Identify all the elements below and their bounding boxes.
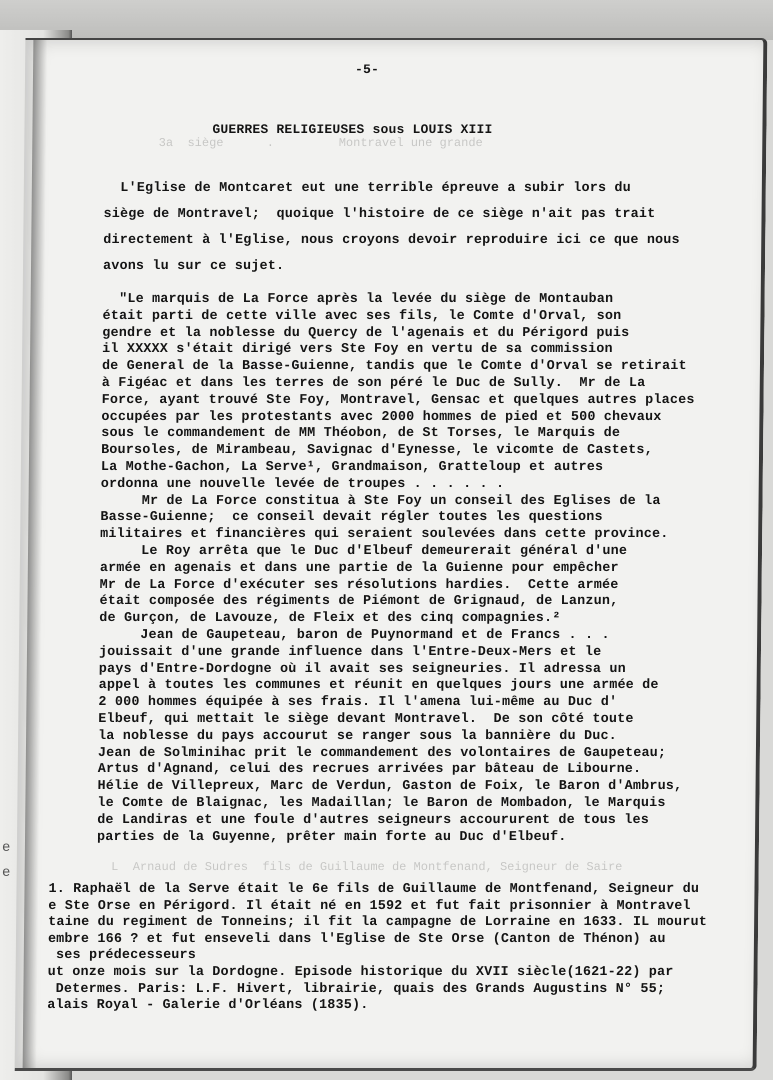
- facing-page-fragment: e: [2, 865, 10, 881]
- text-line: 1. Raphaël de la Serve était le 6e fils …: [48, 882, 748, 899]
- text-line: ut onze mois sur la Dordogne. Episode hi…: [48, 965, 748, 982]
- footnote-2: ut onze mois sur la Dordogne. Episode hi…: [47, 965, 748, 1015]
- text-line: appel à toutes les communes et réunit en…: [99, 678, 739, 695]
- page-fold-shadow: [23, 40, 48, 1068]
- text-line: e Ste Orse en Périgord. Il était né en 1…: [48, 899, 748, 916]
- text-line: Jean de Solminihac prit le commandement …: [98, 746, 738, 763]
- quote-paragraph: Mr de La Force constitua à Ste Foy un co…: [100, 494, 741, 544]
- text-line: alais Royal - Galerie d'Orléans (1835).: [47, 998, 747, 1015]
- text-line: ses prédecesseurs: [48, 948, 748, 965]
- text-line: avons lu sur ce sujet.: [103, 254, 743, 280]
- text-line: la noblesse du pays accourut se ranger s…: [98, 729, 738, 746]
- intro-paragraph: L'Eglise de Montcaret eut une terrible é…: [103, 176, 744, 280]
- text-line: Elbeuf, qui mettait le siège devant Mont…: [98, 712, 738, 729]
- text-line: Artus d'Agnand, celui des recrues arrivé…: [98, 762, 738, 779]
- page-title: GUERRES RELIGIEUSES sous LOUIS XIII: [212, 122, 492, 137]
- quote-paragraph: Le Roy arrêta que le Duc d'Elbeuf demeur…: [99, 544, 740, 628]
- text-line: La Mothe-Gachon, La Serve¹, Grandmaison,…: [101, 460, 741, 477]
- text-line: de Gurçon, de Lavouze, de Fleix et des c…: [99, 611, 739, 628]
- text-line: à Figéac et dans les terres de son péré …: [102, 376, 742, 393]
- text-line: Boursoles, de Mirambeau, Savignac d'Eyne…: [101, 443, 741, 460]
- text-line: occupées par les protestants avec 2000 h…: [101, 410, 741, 427]
- text-line: taine du regiment de Tonneins; il fit la…: [48, 915, 748, 932]
- text-line: Force, ayant trouvé Ste Foy, Montravel, …: [102, 393, 742, 410]
- text-line: gendre et la noblesse du Quercy de l'age…: [102, 326, 742, 343]
- text-line: était parti de cette ville avec ses fils…: [102, 309, 742, 326]
- text-line: siège de Montravel; quoique l'histoire d…: [103, 202, 743, 228]
- document-page: 3a siège . Montravel une grande L Arnaud…: [15, 38, 768, 1071]
- text-line: directement à l'Eglise, nous croyons dev…: [103, 228, 743, 254]
- body-text: L'Eglise de Montcaret eut une terrible é…: [97, 176, 744, 846]
- text-line: jouissait d'une grande influence dans l'…: [99, 645, 739, 662]
- text-line: le Comte de Blaignac, les Madaillan; le …: [97, 796, 737, 813]
- page-number: -5-: [355, 62, 379, 77]
- text-line: il XXXXX s'était dirigé vers Ste Foy en …: [102, 342, 742, 359]
- footnote-1: 1. Raphaël de la Serve était le 6e fils …: [48, 882, 749, 965]
- text-line: de General de la Basse-Guienne, tandis q…: [102, 359, 742, 376]
- text-line: Basse-Guienne; ce conseil devait régler …: [100, 510, 740, 527]
- text-line: pays d'Entre-Dordogne où il avait ses se…: [99, 662, 739, 679]
- text-line: ordonna une nouvelle levée de troupes . …: [101, 477, 741, 494]
- quote-paragraph: Jean de Gaupeteau, baron de Puynormand e…: [97, 628, 739, 846]
- text-line: embre 166 ? et fut enseveli dans l'Eglis…: [48, 932, 748, 949]
- text-line: était composée des régiments de Piémont …: [99, 594, 739, 611]
- text-line: 2 000 hommes équipée à ses frais. Il l'a…: [98, 695, 738, 712]
- text-line: Mr de La Force constitua à Ste Foy un co…: [100, 494, 740, 511]
- text-line: "Le marquis de La Force après la levée d…: [103, 292, 743, 309]
- text-line: Le Roy arrêta que le Duc d'Elbeuf demeur…: [100, 544, 740, 561]
- facing-page-fragment: e: [2, 840, 10, 856]
- text-line: armée en agenais et dans une partie de l…: [100, 561, 740, 578]
- text-line: Hélie de Villepreux, Marc de Verdun, Gas…: [97, 779, 737, 796]
- text-line: L'Eglise de Montcaret eut une terrible é…: [104, 176, 744, 202]
- text-line: sous le commandement de MM Théobon, de S…: [101, 426, 741, 443]
- text-line: Determes. Paris: L.F. Hivert, librairie,…: [47, 982, 747, 999]
- footnotes: 1. Raphaël de la Serve était le 6e fils …: [47, 882, 748, 1015]
- text-line: parties de la Guyenne, prêter main forte…: [97, 830, 737, 847]
- text-line: de Landiras et une foule d'autres seigne…: [97, 813, 737, 830]
- scan-background-top: [0, 0, 773, 40]
- quote-paragraph: "Le marquis de La Force après la levée d…: [101, 292, 743, 494]
- text-line: Mr de La Force d'exécuter ses résolution…: [100, 578, 740, 595]
- text-line: Jean de Gaupeteau, baron de Puynormand e…: [99, 628, 739, 645]
- text-line: militaires et financières qui seraient s…: [100, 527, 740, 544]
